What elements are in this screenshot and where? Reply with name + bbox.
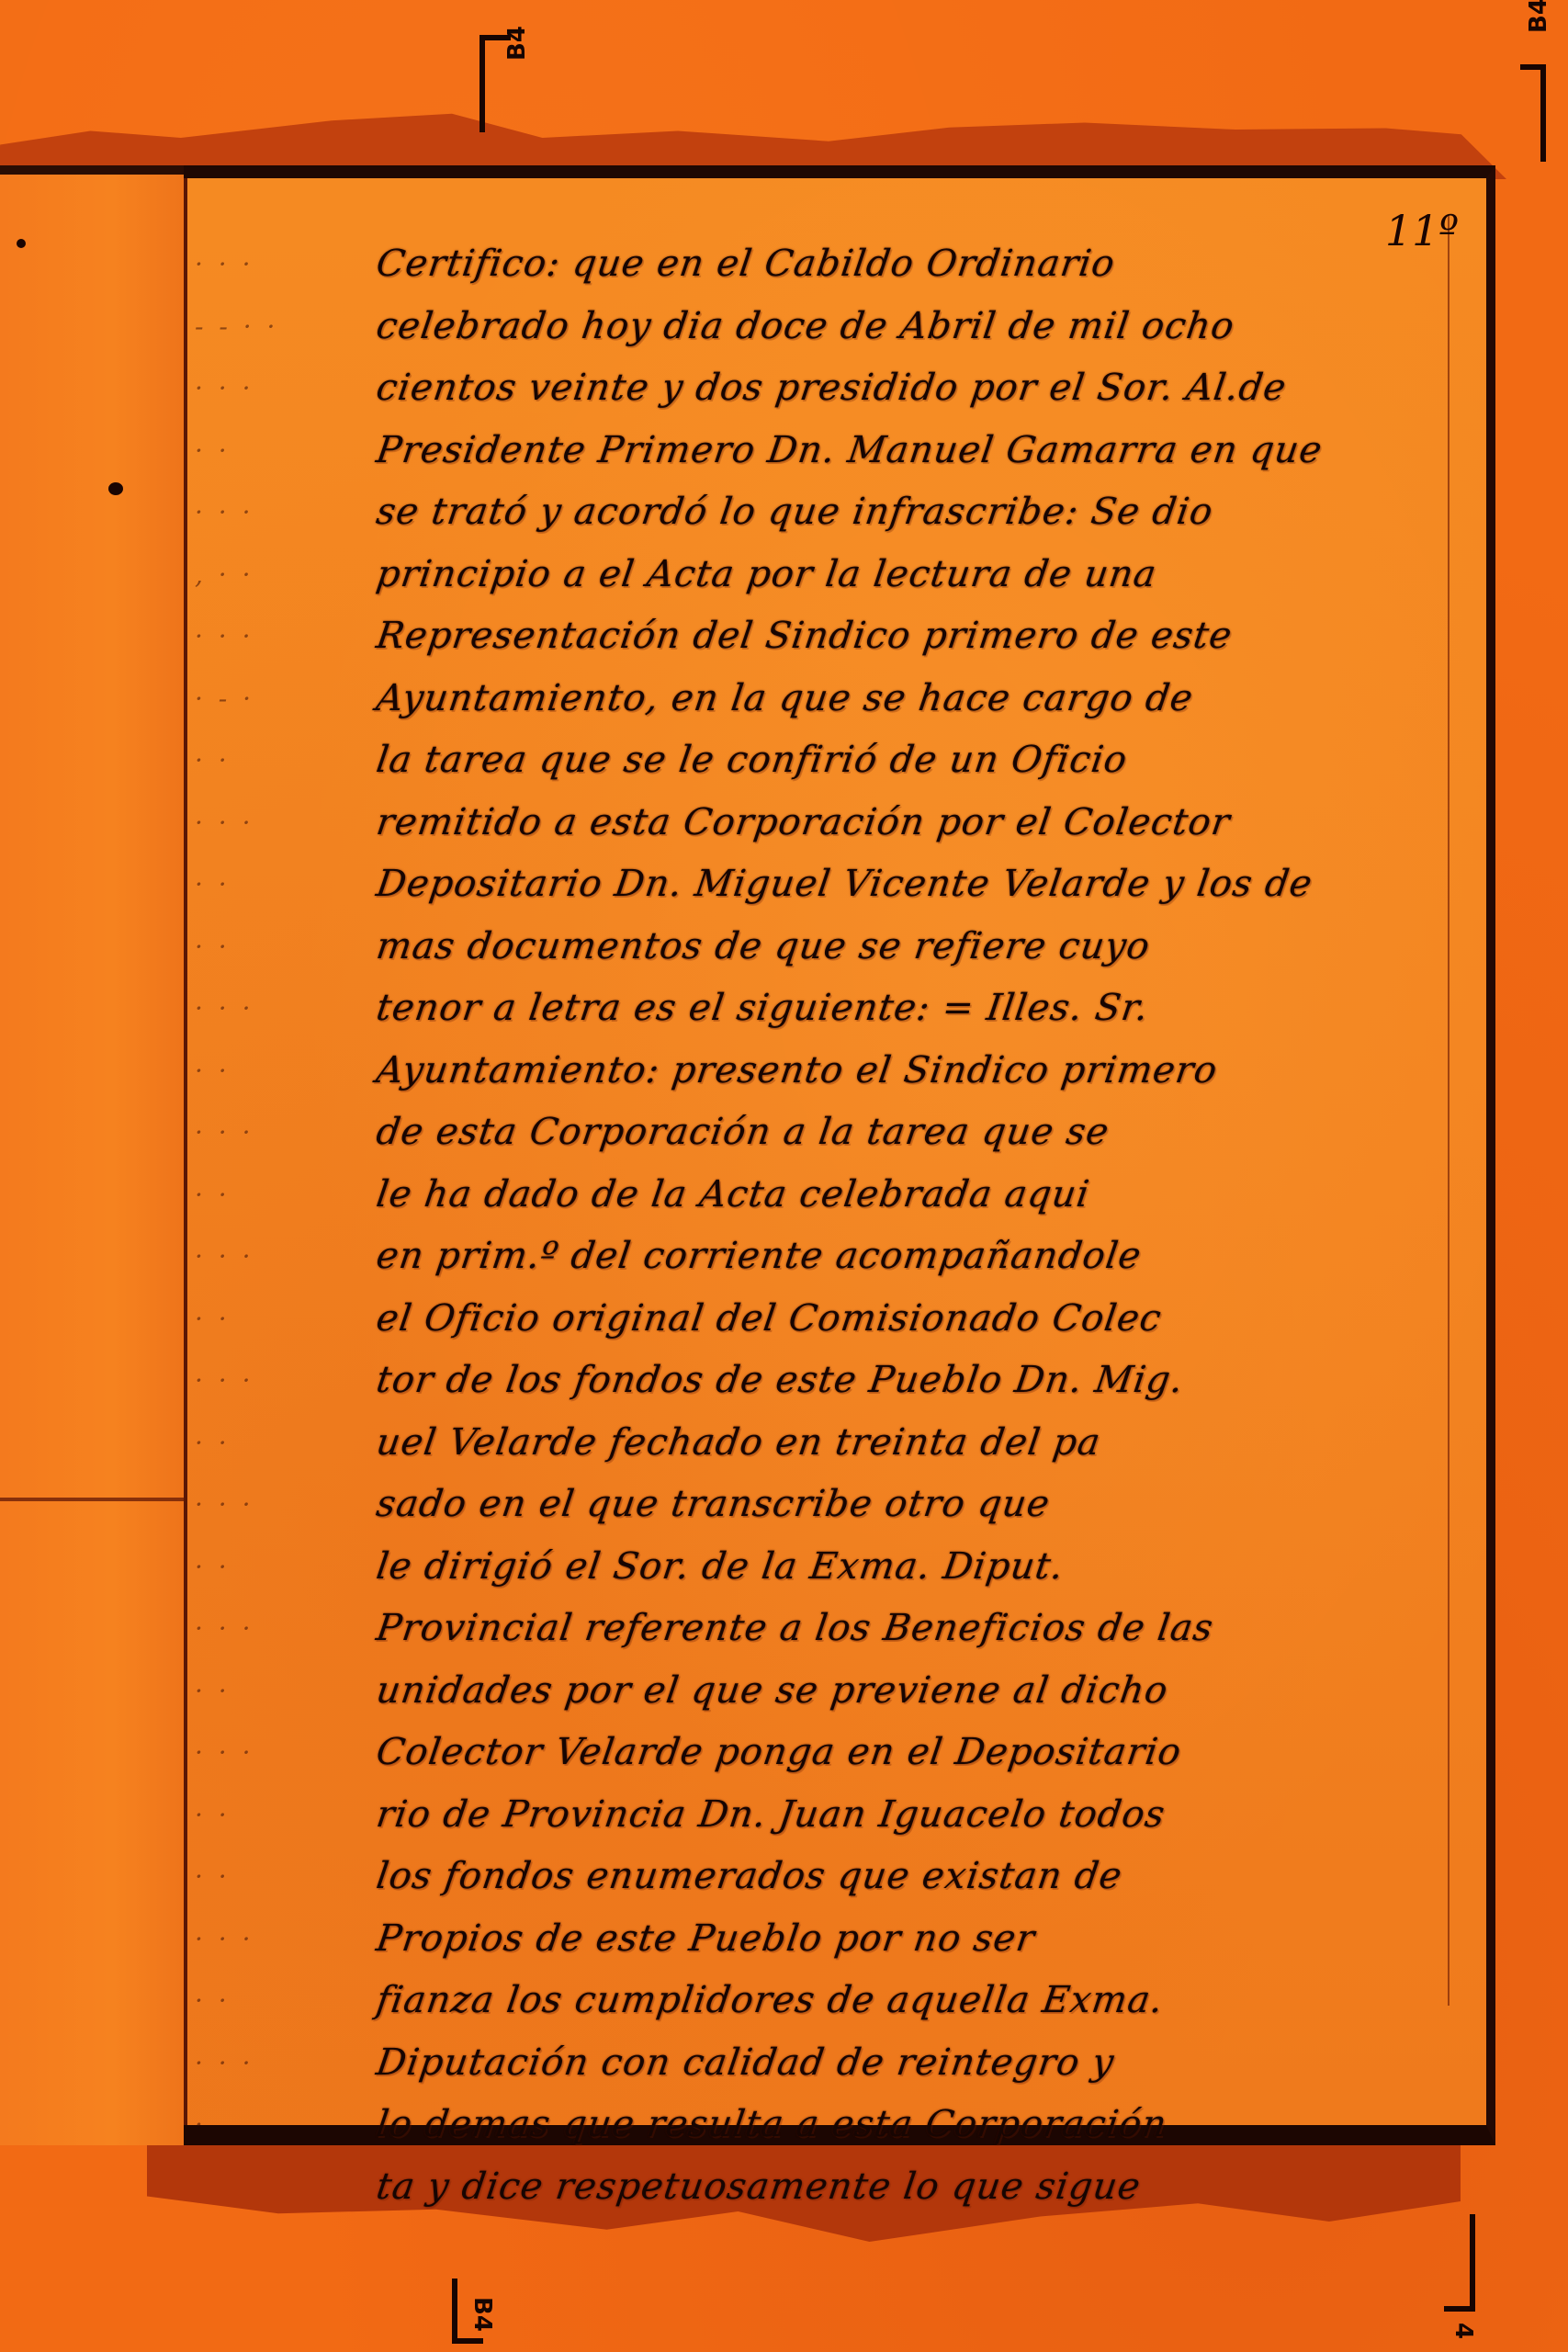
- page-inner-edge: [1448, 215, 1450, 2006]
- text-line: los fondos enumerados que existan de: [216, 1846, 1427, 1908]
- ink-blot: [17, 239, 26, 248]
- text-line: sado en el que transcribe otro que: [216, 1474, 1427, 1536]
- crop-label-top: B4: [503, 26, 531, 61]
- text-line: ta y dice respetuosamente lo que sigue: [216, 2156, 1427, 2219]
- text-line: tenor a letra es el siguiente: = Illes. …: [216, 978, 1427, 1040]
- crop-mark-bottom-right: [1444, 2214, 1475, 2312]
- text-line: Certifico: que en el Cabildo Ordinario: [216, 233, 1427, 296]
- text-line: remitido a esta Corporación por el Colec…: [216, 792, 1427, 854]
- text-line: Diputación con calidad de reintegro y: [216, 2032, 1427, 2095]
- text-line: Colector Velarde ponga en el Depositario: [216, 1722, 1427, 1784]
- text-line: en prim.º del corriente acompañandole: [216, 1226, 1427, 1288]
- text-line: tor de los fondos de este Pueblo Dn. Mig…: [216, 1350, 1427, 1412]
- text-line: Ayuntamiento, en la que se hace cargo de: [216, 668, 1427, 730]
- text-line: lo demas que resulta a esta Corporación: [216, 2094, 1427, 2156]
- text-line: principio a el Acta por la lectura de un…: [216, 544, 1427, 606]
- text-line: Propios de este Pueblo por no ser: [216, 1908, 1427, 1971]
- text-line: de esta Corporación a la tarea que se: [216, 1102, 1427, 1164]
- text-line: le ha dado de la Acta celebrada aqui: [216, 1164, 1427, 1227]
- text-line: Depositario Dn. Miguel Vicente Velarde y…: [216, 854, 1427, 916]
- text-line: cientos veinte y dos presidido por el So…: [216, 357, 1427, 420]
- text-line: Representación del Sindico primero de es…: [216, 605, 1427, 668]
- text-line: fianza los cumplidores de aquella Exma.: [216, 1970, 1427, 2032]
- text-line: el Oficio original del Comisionado Colec: [216, 1288, 1427, 1351]
- text-line: uel Velarde fechado en treinta del pa: [216, 1412, 1427, 1475]
- binding-crease: [184, 178, 187, 2125]
- crop-label-bottom: B4: [468, 2297, 496, 2332]
- text-line: rio de Provincia Dn. Juan Iguacelo todos: [216, 1784, 1427, 1847]
- crop-label-bottom-right: 4: [1450, 2323, 1477, 2339]
- adjacent-folded-page: [0, 165, 188, 2145]
- text-line: celebrado hoy dia doce de Abril de mil o…: [216, 296, 1427, 358]
- text-line: unidades por el que se previene al dicho: [216, 1660, 1427, 1723]
- text-line: se trató y acordó lo que infrascribe: Se…: [216, 481, 1427, 544]
- text-line: la tarea que se le confirió de un Oficio: [216, 729, 1427, 792]
- text-line: Provincial referente a los Beneficios de…: [216, 1598, 1427, 1660]
- text-line: mas documentos de que se refiere cuyo: [216, 916, 1427, 978]
- manuscript-text: Certifico: que en el Cabildo Ordinario c…: [220, 233, 1424, 2218]
- ink-blot: [108, 482, 123, 495]
- crop-label-top-right: B4: [1525, 0, 1552, 33]
- crop-mark-top-right: [1520, 64, 1546, 162]
- text-line: Presidente Primero Dn. Manuel Gamarra en…: [216, 420, 1427, 482]
- text-line: le dirigió el Sor. de la Exma. Diput.: [216, 1536, 1427, 1599]
- fold-crease: [0, 1498, 184, 1501]
- manuscript-page: 11º · · · - - · · · · · · · · · · , · · …: [184, 165, 1495, 2145]
- text-line: Ayuntamiento: presento el Sindico primer…: [216, 1040, 1427, 1102]
